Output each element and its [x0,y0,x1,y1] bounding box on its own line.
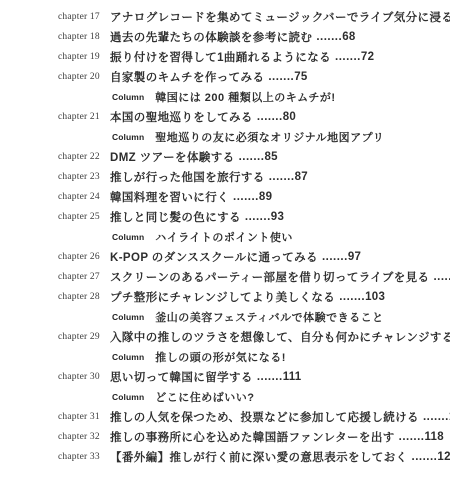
chapter-title: K-POP のダンススクールに通ってみる [110,249,318,265]
leader-dots: ....... [316,31,342,43]
toc-entry: chapter 29入隊中の推しのツラさを想像して、自分も何かにチャレンジする.… [58,327,442,347]
page-number: 89 [259,191,272,203]
leader-dots: ....... [233,191,259,203]
chapter-title: 過去の先輩たちの体験談を参考に読む [110,29,312,45]
leader-dots: ....... [322,251,348,263]
column-label: Column [112,392,144,402]
chapter-label: chapter 23 [58,172,110,182]
chapter-title: 本国の聖地巡りをしてみる [110,109,253,125]
toc-entry: chapter 32推しの事務所に心を込めた韓国語ファンレターを出す......… [58,427,442,447]
toc-entry: chapter 31推しの人気を保つため、投票などに参加して応援し続ける....… [58,407,442,427]
chapter-title: アナログレコードを集めてミュージックバーでライブ気分に浸る [110,9,450,25]
toc-column-entry: Column韓国には 200 種類以上のキムチが! [58,87,442,107]
page-number: 68 [342,31,355,43]
toc-entry: chapter 28プチ整形にチャレンジしてより美しくなる.......103 [58,287,442,307]
column-title: 釜山の美容フェスティバルで体験できること [155,309,383,325]
page-number: 75 [294,71,307,83]
toc-entry: chapter 17アナログレコードを集めてミュージックバーでライブ気分に浸る.… [58,7,442,27]
column-title: どこに住めばいい? [155,389,254,405]
chapter-title: 推しが行った他国を旅行する [110,169,265,185]
toc-page: chapter 17アナログレコードを集めてミュージックバーでライブ気分に浸る.… [0,0,450,480]
chapter-label: chapter 33 [58,452,110,462]
chapter-label: chapter 26 [58,252,110,262]
chapter-label: chapter 21 [58,112,110,122]
page-number: 118 [425,431,444,443]
toc-entry: chapter 23推しが行った他国を旅行する.......87 [58,167,442,187]
leader-dots: ....... [335,51,361,63]
toc-entry: chapter 30思い切って韓国に留学する.......111 [58,367,442,387]
column-label: Column [112,232,144,242]
column-title: ハイライトのポイント使い [155,229,293,245]
column-label: Column [112,132,144,142]
toc-column-entry: Column釜山の美容フェスティバルで体験できること [58,307,442,327]
page-number: 72 [361,51,374,63]
toc-column-entry: Column聖地巡りの友に必須なオリジナル地図アプリ [58,127,442,147]
page-number: 93 [271,211,284,223]
toc-entry: chapter 18過去の先輩たちの体験談を参考に読む.......68 [58,27,442,47]
chapter-title: 推しと同じ髪の色にする [110,209,241,225]
leader-dots: ....... [269,171,295,183]
leader-dots: ....... [268,71,294,83]
chapter-label: chapter 19 [58,52,110,62]
leader-dots: ....... [433,271,450,283]
page-number: 80 [283,111,296,123]
toc-entry: chapter 26K-POP のダンススクールに通ってみる.......97 [58,247,442,267]
toc-list: chapter 17アナログレコードを集めてミュージックバーでライブ気分に浸る.… [0,0,450,467]
leader-dots: ....... [412,451,438,463]
chapter-title: 振り付けを習得して1曲踊れるようになる [110,49,331,65]
chapter-label: chapter 32 [58,432,110,442]
chapter-title: 自家製のキムチを作ってみる [110,69,264,85]
chapter-label: chapter 18 [58,32,110,42]
toc-entry: chapter 20自家製のキムチを作ってみる.......75 [58,67,442,87]
leader-dots: ....... [257,371,283,383]
toc-entry: chapter 25推しと同じ髪の色にする.......93 [58,207,442,227]
chapter-title: 推しの事務所に心を込めた韓国語ファンレターを出す [110,429,395,445]
column-title: 韓国には 200 種類以上のキムチが! [155,89,335,105]
chapter-title: 入隊中の推しのツラさを想像して、自分も何かにチャレンジする [110,329,450,345]
chapter-label: chapter 30 [58,372,110,382]
page-number: 97 [348,251,361,263]
leader-dots: ....... [399,431,425,443]
column-label: Column [112,352,144,362]
toc-entry: chapter 22DMZ ツアーを体験する.......85 [58,147,442,167]
chapter-title: 【番外編】推しが行く前に深い愛の意思表示をしておく [110,449,408,465]
leader-dots: ....... [257,111,283,123]
chapter-label: chapter 22 [58,152,110,162]
chapter-label: chapter 27 [58,272,110,282]
chapter-label: chapter 24 [58,192,110,202]
chapter-title: 思い切って韓国に留学する [110,369,253,385]
column-label: Column [112,312,144,322]
toc-column-entry: Columnどこに住めばいい? [58,387,442,407]
page-number: 120 [437,451,450,463]
toc-column-entry: Column推しの頭の形が気になる! [58,347,442,367]
column-title: 推しの頭の形が気になる! [155,349,286,365]
chapter-title: 推しの人気を保つため、投票などに参加して応援し続ける [110,409,419,425]
page-number: 85 [264,151,277,163]
chapter-label: chapter 29 [58,332,110,342]
toc-entry: chapter 19振り付けを習得して1曲踊れるようになる.......72 [58,47,442,67]
page-number: 87 [295,171,308,183]
chapter-title: プチ整形にチャレンジしてより美しくなる [110,289,335,305]
toc-entry: chapter 24韓国料理を習いに行く.......89 [58,187,442,207]
leader-dots: ....... [339,291,365,303]
chapter-title: スクリーンのあるパーティー部屋を借り切ってライブを見る [110,269,429,285]
column-label: Column [112,92,144,102]
toc-entry: chapter 27スクリーンのあるパーティー部屋を借り切ってライブを見る...… [58,267,442,287]
leader-dots: ....... [423,411,449,423]
column-title: 聖地巡りの友に必須なオリジナル地図アプリ [155,129,384,145]
toc-entry: chapter 21本国の聖地巡りをしてみる.......80 [58,107,442,127]
leader-dots: ....... [245,211,271,223]
page-number: 111 [283,371,302,383]
chapter-label: chapter 28 [58,292,110,302]
leader-dots: ....... [239,151,265,163]
toc-entry: chapter 33【番外編】推しが行く前に深い愛の意思表示をしておく.....… [58,447,442,467]
chapter-title: 韓国料理を習いに行く [110,189,229,205]
chapter-title: DMZ ツアーを体験する [110,149,235,165]
chapter-label: chapter 20 [58,72,110,82]
chapter-label: chapter 31 [58,412,110,422]
chapter-label: chapter 25 [58,212,110,222]
page-number: 103 [365,291,385,303]
toc-column-entry: Columnハイライトのポイント使い [58,227,442,247]
chapter-label: chapter 17 [58,12,110,22]
